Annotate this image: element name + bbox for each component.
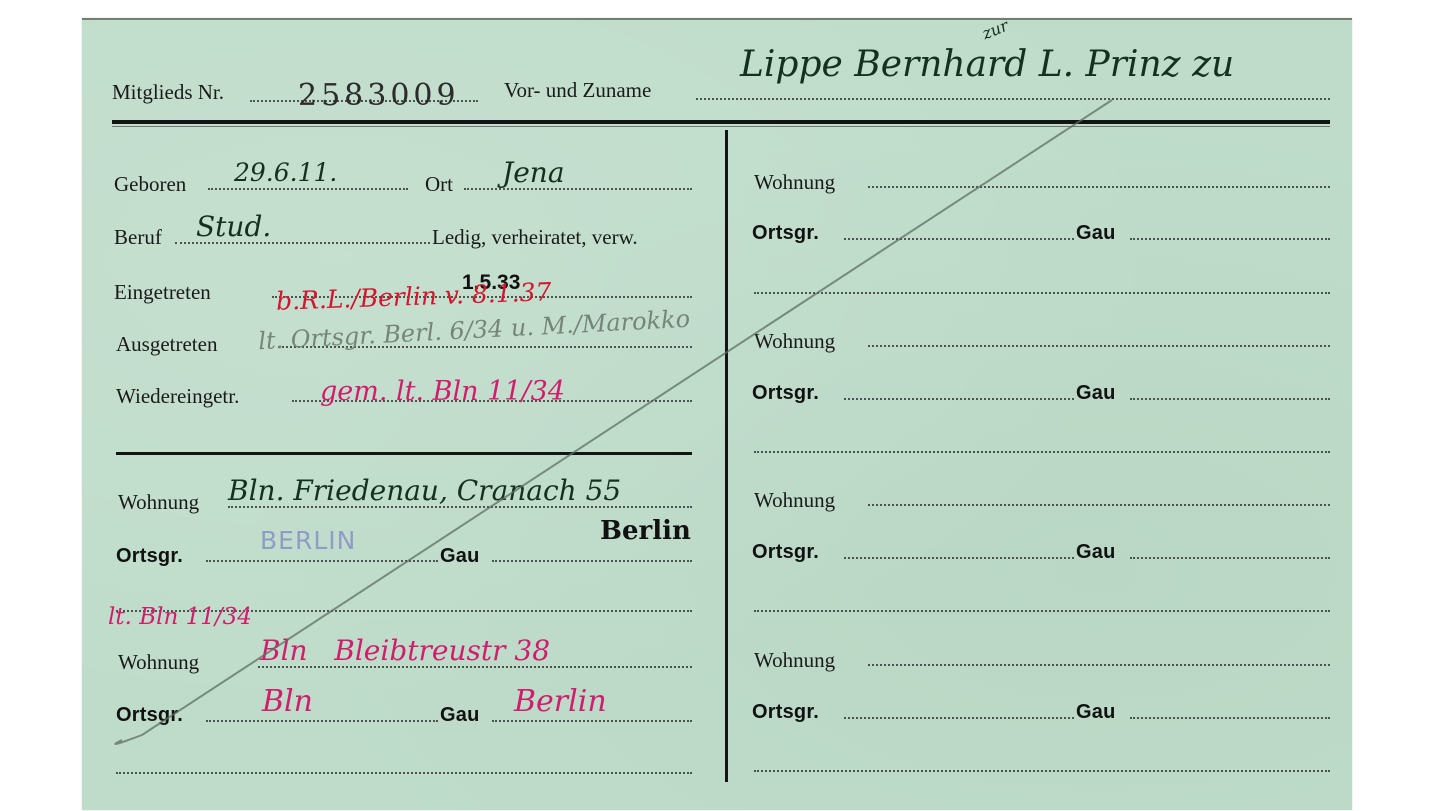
- pencil-strike-line: [82, 20, 1352, 810]
- membership-card: Mitglieds Nr. 2583009 Vor- und Zuname Li…: [82, 18, 1352, 810]
